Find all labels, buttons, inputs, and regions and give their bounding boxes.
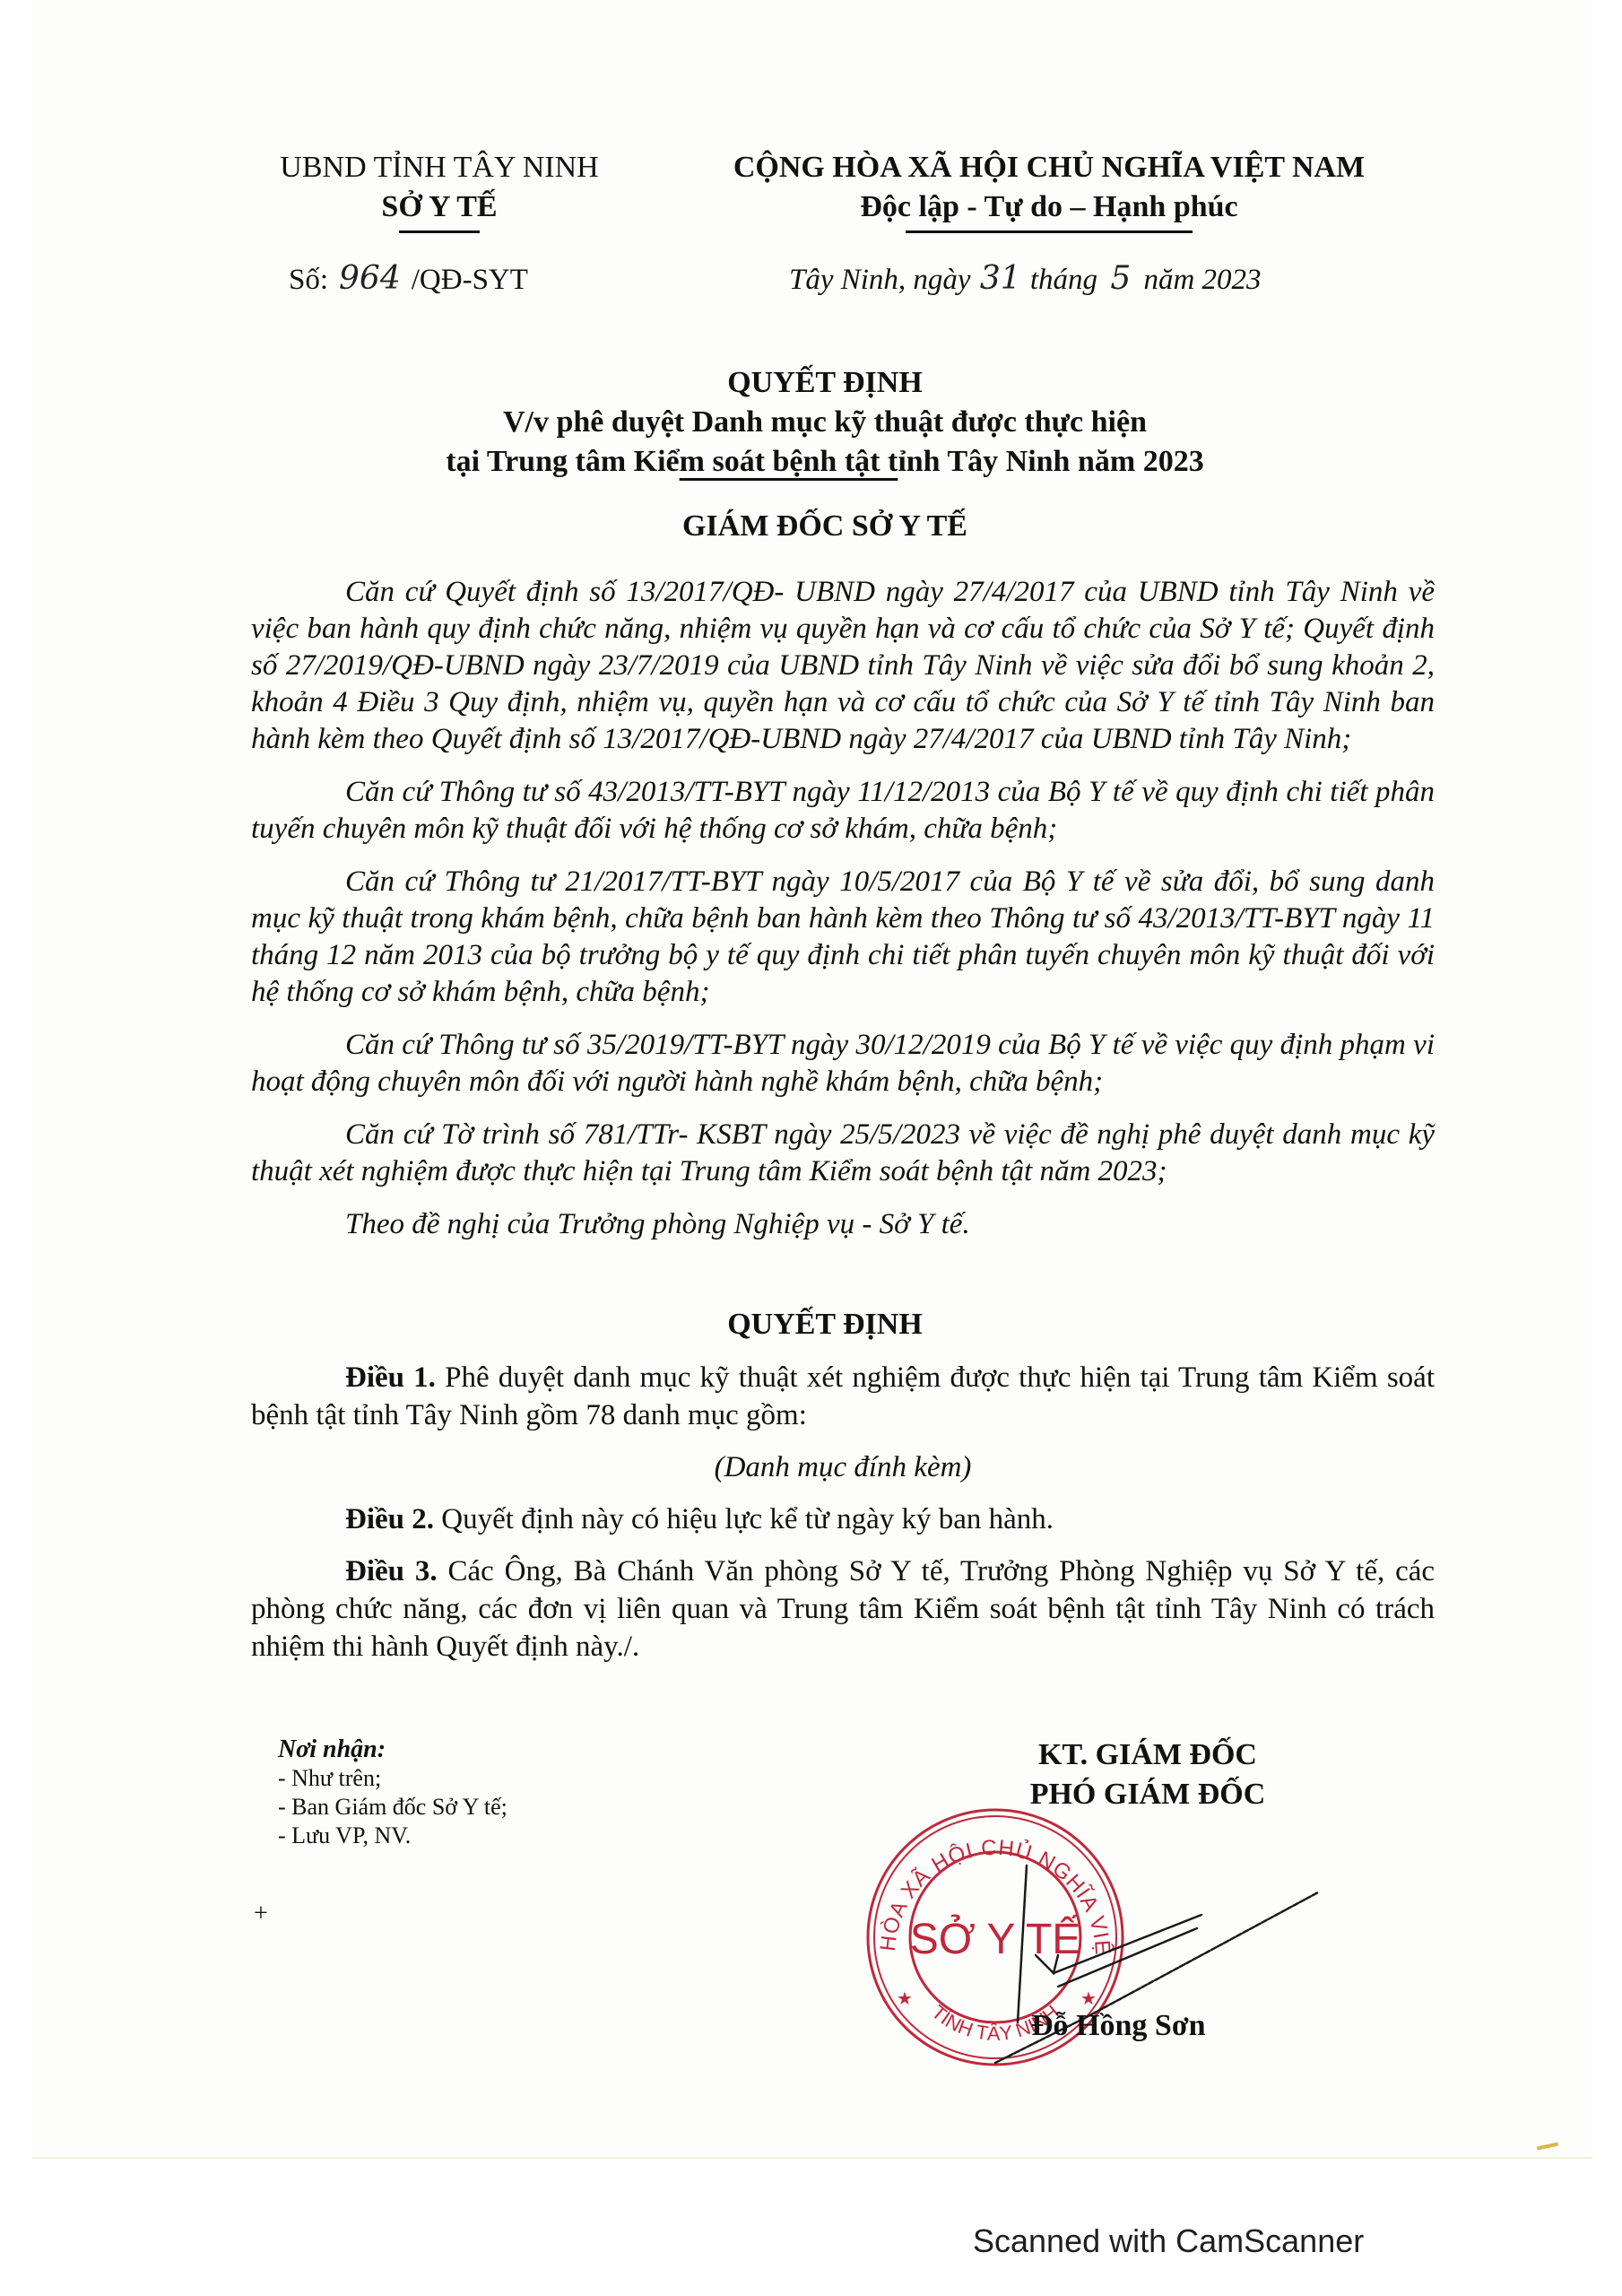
articles: Điều 1. Phê duyệt danh mục kỹ thuật xét … bbox=[251, 1359, 1435, 1680]
national-header: CỘNG HÒA XÃ HỘI CHỦ NGHĨA VIỆT NAM Độc l… bbox=[690, 148, 1408, 233]
preamble: Căn cứ Quyết định số 13/2017/QĐ- UBND ng… bbox=[251, 574, 1435, 1259]
number-prefix: Số: bbox=[289, 264, 328, 296]
recipients: Nơi nhận: - Như trên; - Ban Giám đốc Sở … bbox=[278, 1735, 507, 1850]
date-place: Tây Ninh, ngày bbox=[789, 264, 971, 296]
article-3: Điều 3. Các Ông, Bà Chánh Văn phòng Sở Y… bbox=[251, 1552, 1435, 1665]
attachment-note: (Danh mục đính kèm) bbox=[251, 1448, 1435, 1486]
signature-title-1: KT. GIÁM ĐỐC bbox=[968, 1735, 1327, 1775]
national-motto: Độc lập - Tự do – Hạnh phúc bbox=[690, 187, 1408, 227]
motto-underline bbox=[906, 230, 1193, 233]
authority-province: UBND TỈNH TÂY NINH bbox=[260, 148, 619, 187]
preamble-item: Căn cứ Thông tư 21/2017/TT-BYT ngày 10/5… bbox=[251, 864, 1435, 1011]
preamble-item: Căn cứ Quyết định số 13/2017/QĐ- UBND ng… bbox=[251, 574, 1435, 758]
decision-title: QUYẾT ĐỊNH V/v phê duyệt Danh mục kỹ thu… bbox=[296, 363, 1354, 482]
preamble-item: Theo đề nghị của Trưởng phòng Nghiệp vụ … bbox=[251, 1206, 1435, 1243]
recipients-heading: Nơi nhận: bbox=[278, 1735, 507, 1764]
authority-underline bbox=[399, 230, 480, 233]
issuing-authority: UBND TỈNH TÂY NINH SỞ Y TẾ bbox=[260, 148, 619, 233]
preamble-item: Căn cứ Thông tư số 43/2013/TT-BYT ngày 1… bbox=[251, 774, 1435, 848]
svg-text:★: ★ bbox=[897, 1989, 913, 2009]
date-month-label: tháng bbox=[1030, 264, 1097, 296]
recipient-item: - Như trên; bbox=[278, 1764, 507, 1793]
title-subject-line1: V/v phê duyệt Danh mục kỹ thuật được thự… bbox=[296, 403, 1354, 442]
title-heading: QUYẾT ĐỊNH bbox=[296, 363, 1354, 403]
date-day: 31 bbox=[978, 260, 1023, 297]
article-1: Điều 1. Phê duyệt danh mục kỹ thuật xét … bbox=[251, 1359, 1435, 1434]
authority-department: SỞ Y TẾ bbox=[260, 187, 619, 227]
preamble-item: Căn cứ Tờ trình số 781/TTr- KSBT ngày 25… bbox=[251, 1117, 1435, 1190]
issue-date: Tây Ninh, ngày 31 tháng 5 năm 2023 bbox=[789, 260, 1262, 297]
preamble-item: Căn cứ Thông tư số 35/2019/TT-BYT ngày 3… bbox=[251, 1027, 1435, 1100]
margin-mark: + bbox=[254, 1900, 268, 1928]
title-subject-line2: tại Trung tâm Kiểm soát bệnh tật tỉnh Tâ… bbox=[296, 442, 1354, 482]
article-2: Điều 2. Quyết định này có hiệu lực kể từ… bbox=[251, 1500, 1435, 1538]
decision-heading: QUYẾT ĐỊNH bbox=[296, 1308, 1354, 1342]
signer-name: Đỗ Hồng Sơn bbox=[1031, 2009, 1206, 2043]
date-year: năm 2023 bbox=[1143, 264, 1261, 296]
director-heading: GIÁM ĐỐC SỞ Y TẾ bbox=[296, 509, 1354, 544]
date-month: 5 bbox=[1105, 260, 1136, 297]
recipient-item: - Lưu VP, NV. bbox=[278, 1822, 507, 1850]
number-suffix: /QĐ-SYT bbox=[412, 264, 528, 296]
recipient-item: - Ban Giám đốc Sở Y tế; bbox=[278, 1793, 507, 1822]
camscanner-watermark: Scanned with CamScanner bbox=[973, 2222, 1364, 2260]
document-number: Số:964/QĐ-SYT bbox=[289, 260, 528, 297]
nation-name: CỘNG HÒA XÃ HỘI CHỦ NGHĨA VIỆT NAM bbox=[690, 148, 1408, 187]
number-handwritten: 964 bbox=[328, 260, 412, 297]
